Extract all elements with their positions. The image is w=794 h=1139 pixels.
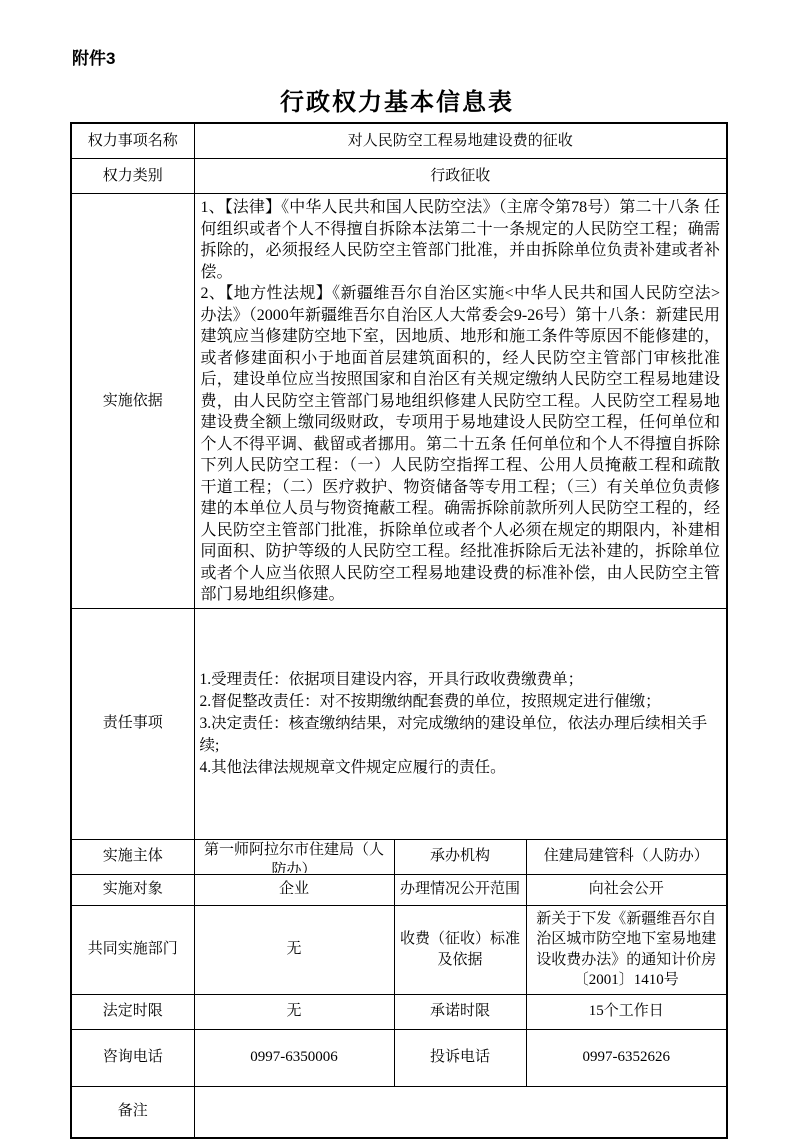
row-joint-departments: 共同实施部门 无 收费（征收）标准及依据 新关于下发《新疆维吾尔自治区城市防空地… bbox=[71, 905, 727, 994]
handling-agency-value: 住建局建管科（人防办） bbox=[526, 839, 727, 874]
responsibility-items-label: 责任事项 bbox=[71, 608, 194, 839]
complaint-phone-label: 投诉电话 bbox=[394, 1029, 526, 1086]
responsibility-line-2: 2.督促整改责任：对不按期缴纳配套费的单位，按照规定进行催缴； bbox=[200, 691, 722, 713]
handling-agency-label: 承办机构 bbox=[394, 839, 526, 874]
row-phones: 咨询电话 0997-6350006 投诉电话 0997-6352626 bbox=[71, 1029, 727, 1086]
statutory-time-limit-label: 法定时限 bbox=[71, 994, 194, 1029]
implementation-basis-value: 1、【法律】《中华人民共和国人民防空法》（主席令第78号）第二十八条 任何组织或… bbox=[194, 194, 727, 609]
implementation-target-value: 企业 bbox=[194, 874, 394, 905]
row-implementing-body: 实施主体 第一师阿拉尔市住建局（人防办） 承办机构 住建局建管科（人防办） bbox=[71, 839, 727, 874]
complaint-phone-value: 0997-6352626 bbox=[526, 1029, 727, 1086]
implementation-target-label: 实施对象 bbox=[71, 874, 194, 905]
responsibility-line-3: 3.决定责任：核查缴纳结果，对完成缴纳的建设单位，依法办理后续相关手续; bbox=[200, 713, 722, 757]
consultation-phone-value: 0997-6350006 bbox=[194, 1029, 394, 1086]
row-power-category: 权力类别 行政征收 bbox=[71, 159, 727, 194]
disclosure-scope-value: 向社会公开 bbox=[526, 874, 727, 905]
row-power-item-name: 权力事项名称 对人民防空工程易地建设费的征收 bbox=[71, 123, 727, 159]
basis-paragraph-law: 1、【法律】《中华人民共和国人民防空法》（主席令第78号）第二十八条 任何组织或… bbox=[201, 197, 721, 283]
row-responsibility-items: 责任事项 1.受理责任：依据项目建设内容，开具行政收费缴费单； 2.督促整改责任… bbox=[71, 608, 727, 839]
row-remarks: 备注 bbox=[71, 1086, 727, 1138]
implementing-body-value: 第一师阿拉尔市住建局（人防办） bbox=[194, 839, 394, 874]
statutory-time-limit-value: 无 bbox=[194, 994, 394, 1029]
admin-power-info-table: 权力事项名称 对人民防空工程易地建设费的征收 权力类别 行政征收 实施依据 1、… bbox=[70, 122, 728, 1139]
responsibility-items-value: 1.受理责任：依据项目建设内容，开具行政收费缴费单； 2.督促整改责任：对不按期… bbox=[194, 608, 727, 839]
consultation-phone-label: 咨询电话 bbox=[71, 1029, 194, 1086]
power-category-label: 权力类别 bbox=[71, 159, 194, 194]
responsibility-line-1: 1.受理责任：依据项目建设内容，开具行政收费缴费单； bbox=[200, 669, 722, 691]
power-item-name-label: 权力事项名称 bbox=[71, 123, 194, 159]
joint-departments-label: 共同实施部门 bbox=[71, 905, 194, 994]
implementing-body-text: 第一师阿拉尔市住建局（人防办） bbox=[200, 840, 389, 873]
power-item-name-value: 对人民防空工程易地建设费的征收 bbox=[194, 123, 727, 159]
implementing-body-label: 实施主体 bbox=[71, 839, 194, 874]
attachment-label: 附件3 bbox=[72, 44, 115, 69]
fee-standard-label: 收费（征收）标准及依据 bbox=[394, 905, 526, 994]
responsibility-line-4: 4.其他法律法规规章文件规定应履行的责任。 bbox=[200, 757, 722, 779]
page-title: 行政权力基本信息表 bbox=[0, 82, 794, 117]
row-implementation-basis: 实施依据 1、【法律】《中华人民共和国人民防空法》（主席令第78号）第二十八条 … bbox=[71, 194, 727, 609]
promised-time-limit-label: 承诺时限 bbox=[394, 994, 526, 1029]
power-category-value: 行政征收 bbox=[194, 159, 727, 194]
row-statutory-time-limit: 法定时限 无 承诺时限 15个工作日 bbox=[71, 994, 727, 1029]
joint-departments-value: 无 bbox=[194, 905, 394, 994]
basis-paragraph-local-regulation: 2、【地方性法规】《新疆维吾尔自治区实施<中华人民共和国人民防空法>办法》（20… bbox=[201, 283, 721, 606]
promised-time-limit-value: 15个工作日 bbox=[526, 994, 727, 1029]
disclosure-scope-label: 办理情况公开范围 bbox=[394, 874, 526, 905]
implementation-basis-label: 实施依据 bbox=[71, 194, 194, 609]
row-implementation-target: 实施对象 企业 办理情况公开范围 向社会公开 bbox=[71, 874, 727, 905]
remarks-value bbox=[194, 1086, 727, 1138]
fee-standard-value: 新关于下发《新疆维吾尔自治区城市防空地下室易地建设收费办法》的通知计价房〔200… bbox=[526, 905, 727, 994]
remarks-label: 备注 bbox=[71, 1086, 194, 1138]
